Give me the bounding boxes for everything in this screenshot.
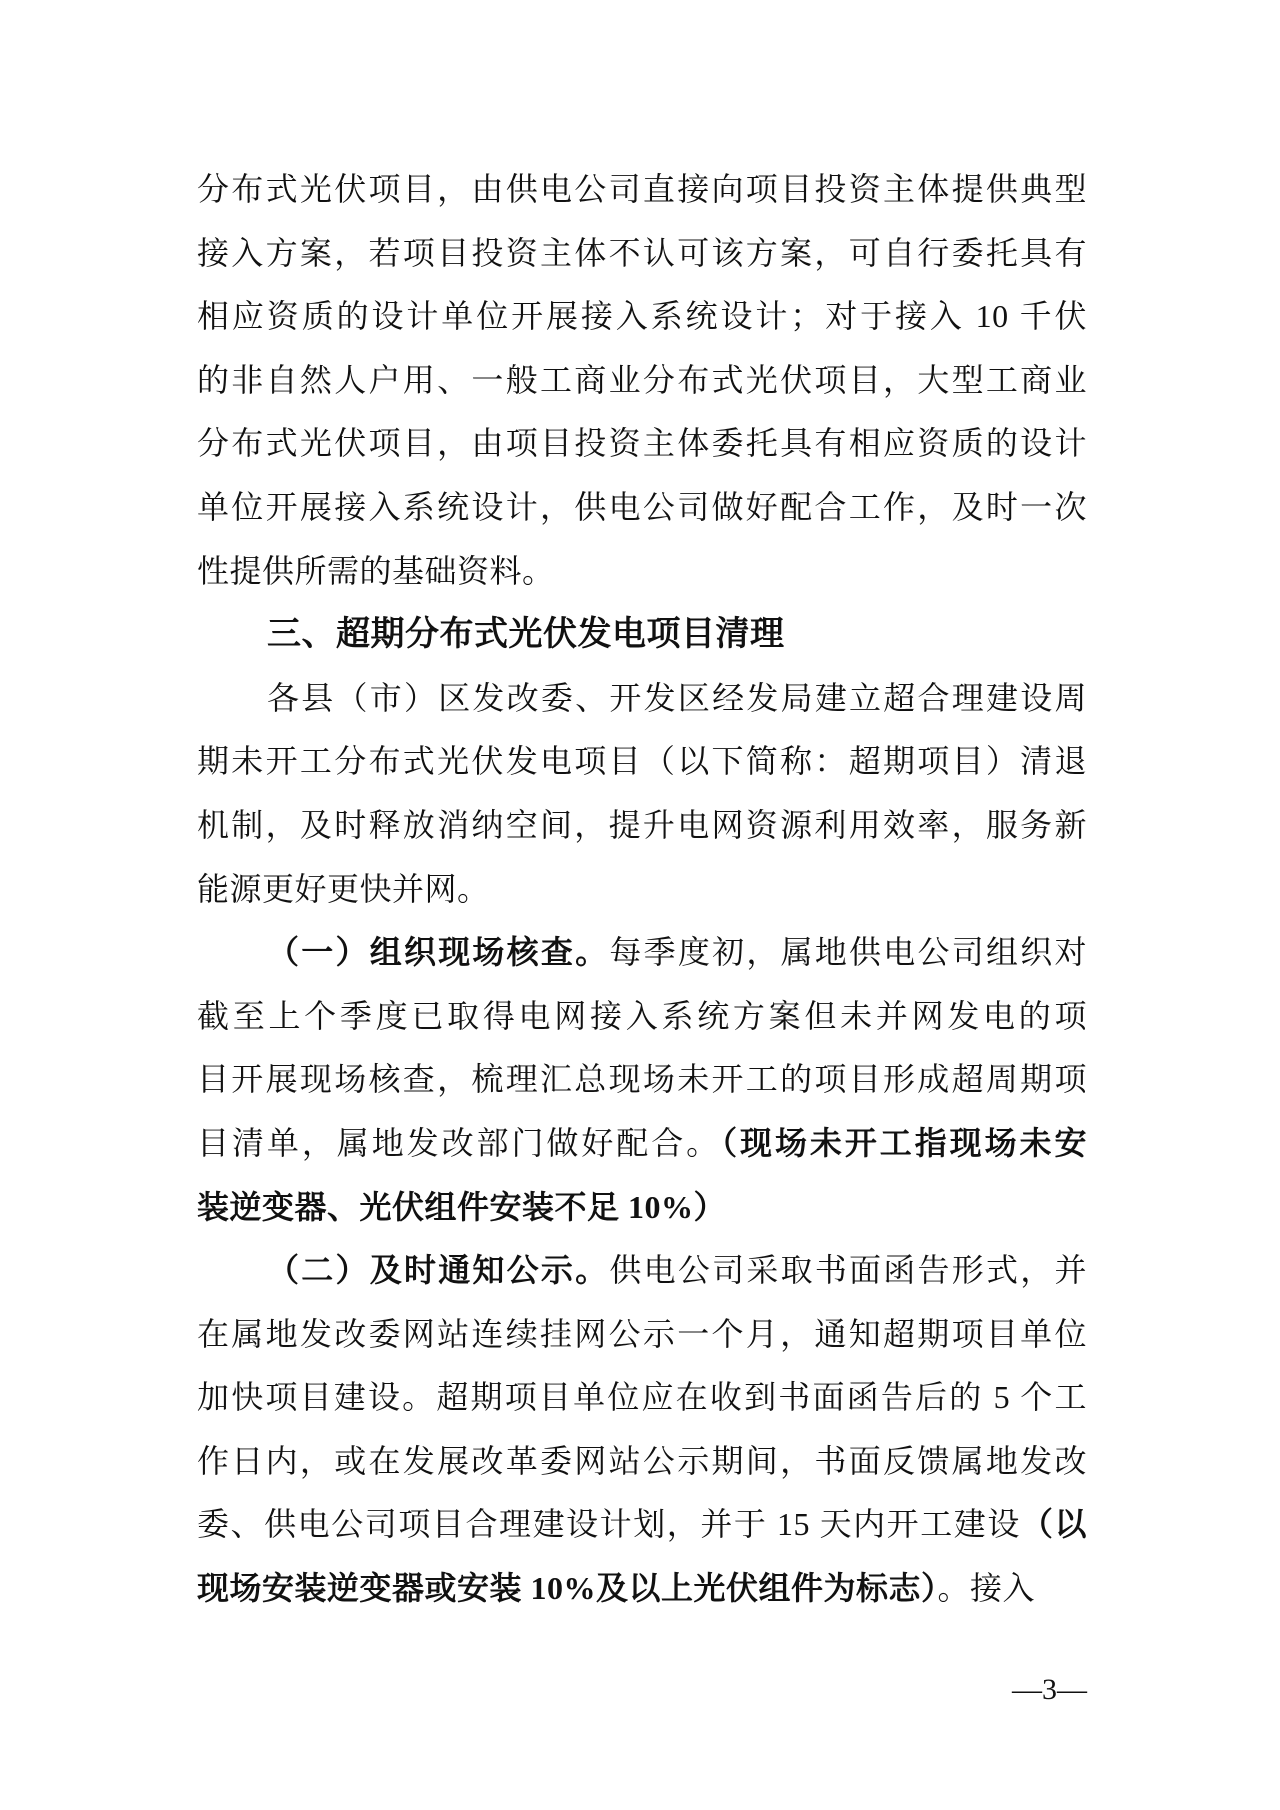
text-run: 各县（市）区发改委、开发区经发局建立超合理建设周	[267, 680, 1087, 716]
text-run: （二）及时通知公示。	[267, 1252, 609, 1288]
text-line: 接入方案，若项目投资主体不认可该方案，可自行委托具有	[197, 222, 1087, 286]
text-run: 机制，及时释放消纳空间，提升电网资源利用效率，服务新	[197, 807, 1087, 843]
text-run: 性提供所需的基础资料。	[197, 553, 555, 589]
text-line: 各县（市）区发改委、开发区经发局建立超合理建设周	[197, 667, 1087, 731]
text-line: 期未开工分布式光伏发电项目（以下简称：超期项目）清退	[197, 730, 1087, 794]
text-run: 分布式光伏项目，由项目投资主体委托具有相应资质的设计	[197, 425, 1087, 461]
text-run: 期未开工分布式光伏发电项目（以下简称：超期项目）清退	[197, 743, 1087, 779]
text-run: 接入方案，若项目投资主体不认可该方案，可自行委托具有	[197, 235, 1087, 271]
text-run: 现场安装逆变器或安装 10%及以上光伏组件为标志）	[197, 1570, 938, 1606]
text-line: 分布式光伏项目，由项目投资主体委托具有相应资质的设计	[197, 412, 1087, 476]
text-run: 加快项目建设。超期项目单位应在收到书面函告后的 5 个工	[197, 1379, 1087, 1415]
text-run: 分布式光伏项目，由供电公司直接向项目投资主体提供典型	[197, 171, 1087, 207]
text-line: 性提供所需的基础资料。	[197, 540, 1087, 604]
document-body: 分布式光伏项目，由供电公司直接向项目投资主体提供典型接入方案，若项目投资主体不认…	[197, 158, 1087, 1621]
text-run: （现场未开工指现场未安	[721, 1125, 1087, 1161]
text-run: 目开展现场核查，梳理汇总现场未开工的项目形成超周期项	[197, 1061, 1087, 1097]
text-run: 委、供电公司项目合理建设计划，并于 15 天内开工建设	[197, 1506, 1021, 1542]
text-run: 装逆变器、光伏组件安装不足 10%）	[197, 1189, 726, 1225]
text-run: （以	[1021, 1506, 1087, 1542]
text-line: 相应资质的设计单位开展接入系统设计；对于接入 10 千伏	[197, 285, 1087, 349]
text-run: 截至上个季度已取得电网接入系统方案但未并网发电的项	[197, 998, 1087, 1034]
text-line: 的非自然人户用、一般工商业分布式光伏项目，大型工商业	[197, 349, 1087, 413]
text-run: 相应资质的设计单位开展接入系统设计；对于接入 10 千伏	[197, 298, 1087, 334]
text-line: 装逆变器、光伏组件安装不足 10%）	[197, 1176, 1087, 1240]
page-number: —3—	[1012, 1670, 1087, 1710]
text-line: 单位开展接入系统设计，供电公司做好配合工作，及时一次	[197, 476, 1087, 540]
text-run: 目清单，属地发改部门做好配合。	[197, 1125, 721, 1161]
text-run: 三、超期分布式光伏发电项目清理	[267, 615, 785, 653]
text-line: 能源更好更快并网。	[197, 858, 1087, 922]
text-line: 机制，及时释放消纳空间，提升电网资源利用效率，服务新	[197, 794, 1087, 858]
document-page: 分布式光伏项目，由供电公司直接向项目投资主体提供典型接入方案，若项目投资主体不认…	[0, 0, 1280, 1810]
text-line: （二）及时通知公示。供电公司采取书面函告形式，并	[197, 1239, 1087, 1303]
text-line: 目清单，属地发改部门做好配合。（现场未开工指现场未安	[197, 1112, 1087, 1176]
text-line: 目开展现场核查，梳理汇总现场未开工的项目形成超周期项	[197, 1048, 1087, 1112]
text-line: 截至上个季度已取得电网接入系统方案但未并网发电的项	[197, 985, 1087, 1049]
text-run: 作日内，或在发展改革委网站公示期间，书面反馈属地发改	[197, 1443, 1087, 1479]
text-run: 在属地发改委网站连续挂网公示一个月，通知超期项目单位	[197, 1316, 1087, 1352]
text-run: 。接入	[938, 1570, 1036, 1606]
text-run: 能源更好更快并网。	[197, 871, 490, 907]
text-line: （一）组织现场核查。每季度初，属地供电公司组织对	[197, 921, 1087, 985]
text-line: 在属地发改委网站连续挂网公示一个月，通知超期项目单位	[197, 1303, 1087, 1367]
text-run: 的非自然人户用、一般工商业分布式光伏项目，大型工商业	[197, 362, 1087, 398]
text-line: 现场安装逆变器或安装 10%及以上光伏组件为标志）。接入	[197, 1557, 1087, 1621]
text-run: 每季度初，属地供电公司组织对	[609, 934, 1087, 970]
text-run: 供电公司采取书面函告形式，并	[609, 1252, 1087, 1288]
text-line: 作日内，或在发展改革委网站公示期间，书面反馈属地发改	[197, 1430, 1087, 1494]
text-run: 单位开展接入系统设计，供电公司做好配合工作，及时一次	[197, 489, 1087, 525]
text-run: （一）组织现场核查。	[267, 934, 609, 970]
text-line: 委、供电公司项目合理建设计划，并于 15 天内开工建设（以	[197, 1493, 1087, 1557]
text-line: 分布式光伏项目，由供电公司直接向项目投资主体提供典型	[197, 158, 1087, 222]
section-heading: 三、超期分布式光伏发电项目清理	[197, 603, 1087, 667]
text-line: 加快项目建设。超期项目单位应在收到书面函告后的 5 个工	[197, 1366, 1087, 1430]
